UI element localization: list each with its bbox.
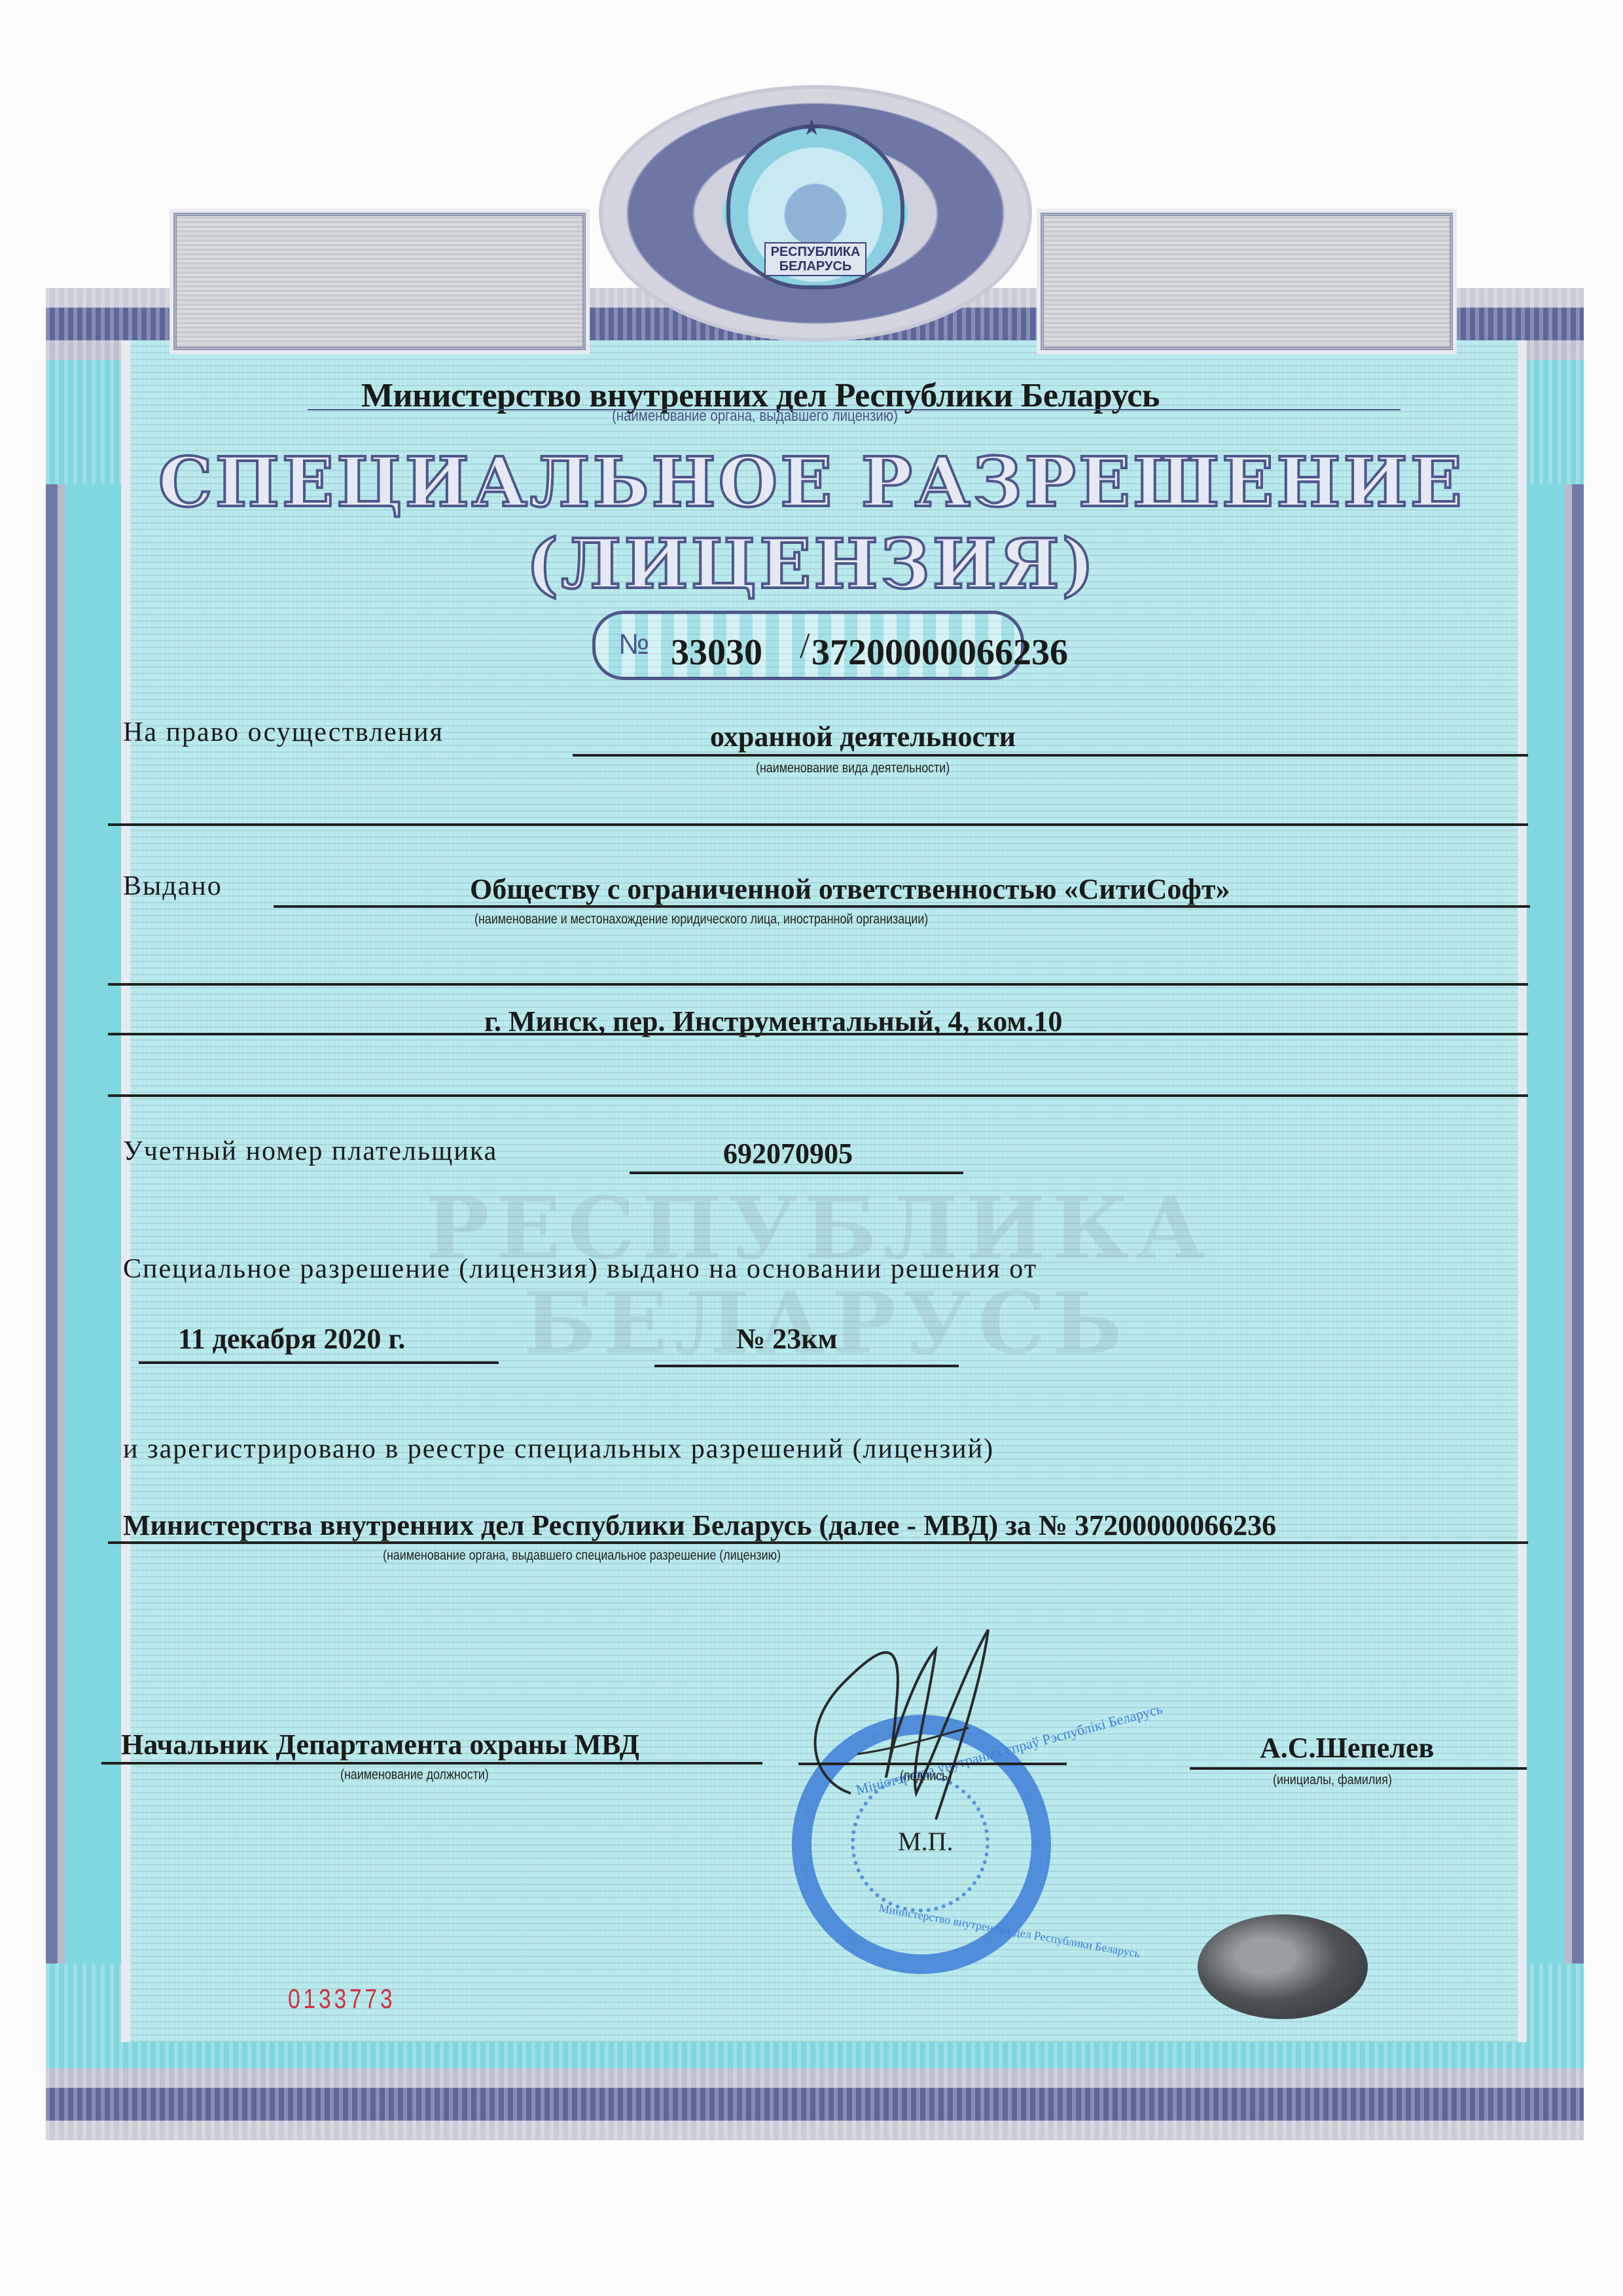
document-subtitle: (ЛИЦЕНЗИЯ) <box>0 524 1623 604</box>
activity-underline <box>573 754 1528 757</box>
signatory-name: А.С.Шепелев <box>1260 1731 1434 1765</box>
position-value: Начальник Департамента охраны МВД <box>121 1728 639 1761</box>
payer-underline <box>630 1172 963 1174</box>
issuer-hint: (наименование органа, выдавшего лицензию… <box>612 407 898 425</box>
number-separator: / <box>800 625 810 667</box>
blank-serial-number: 0133773 <box>288 1983 395 2015</box>
signature-hint: (подпись) <box>900 1768 952 1784</box>
number-sign: № <box>618 628 649 661</box>
registered-text: и зарегистрировано в реестре специальных… <box>123 1433 994 1465</box>
signature-underline <box>798 1763 1067 1765</box>
address-underline <box>108 1033 1528 1035</box>
decision-number: № 23км <box>736 1322 838 1355</box>
name-underline <box>1190 1767 1527 1770</box>
payer-label: Учетный номер плательщика <box>123 1136 497 1167</box>
registry-number: 37200000066236 <box>811 632 1068 673</box>
position-hint: (наименование должности) <box>340 1767 489 1783</box>
issued-extra-line <box>108 983 1528 986</box>
address-extra-line <box>108 1094 1528 1097</box>
activity-value: охранной деятельности <box>710 720 1016 753</box>
issued-to-value: Обществу с ограниченной ответственностью… <box>470 872 1230 906</box>
issued-label: Выдано <box>123 870 223 902</box>
registry-authority: Министерства внутренних дел Республики Б… <box>123 1509 1276 1542</box>
coat-of-arms-icon: РЕСПУБЛИКА БЕЛАРУСЬ <box>726 124 904 289</box>
issued-hint: (наименование и местонахождение юридичес… <box>474 912 928 927</box>
emblem-label-line2: БЕЛАРУСЬ <box>771 259 861 274</box>
registry-hint: (наименование органа, выдавшего специаль… <box>383 1548 781 1564</box>
decision-date-underline <box>139 1361 499 1364</box>
payer-number: 692070905 <box>723 1137 853 1170</box>
activity-extra-line <box>108 823 1528 826</box>
signature-icon <box>772 1623 1060 1833</box>
security-panel-right <box>1041 213 1453 350</box>
issued-underline <box>274 905 1530 908</box>
emblem-label-line1: РЕСПУБЛИКА <box>771 245 861 259</box>
license-number: 33030 <box>671 632 762 673</box>
star-icon: ★ <box>802 115 821 141</box>
position-underline <box>101 1762 762 1765</box>
registry-underline <box>108 1541 1528 1544</box>
decision-date: 11 декабря 2020 г. <box>178 1322 405 1355</box>
emblem-label: РЕСПУБЛИКА БЕЛАРУСЬ <box>764 242 867 276</box>
decision-number-underline <box>654 1365 959 1367</box>
activity-label: На право осуществления <box>123 717 444 748</box>
security-panel-left <box>173 213 586 350</box>
activity-hint: (наименование вида деятельности) <box>756 761 950 776</box>
name-hint: (инициалы, фамилия) <box>1273 1772 1392 1788</box>
hologram-sticker <box>1198 1914 1368 2019</box>
document-title: СПЕЦИАЛЬНОЕ РАЗРЕШЕНИЕ <box>0 442 1623 522</box>
basis-text: Специальное разрешение (лицензия) выдано… <box>123 1253 1037 1285</box>
